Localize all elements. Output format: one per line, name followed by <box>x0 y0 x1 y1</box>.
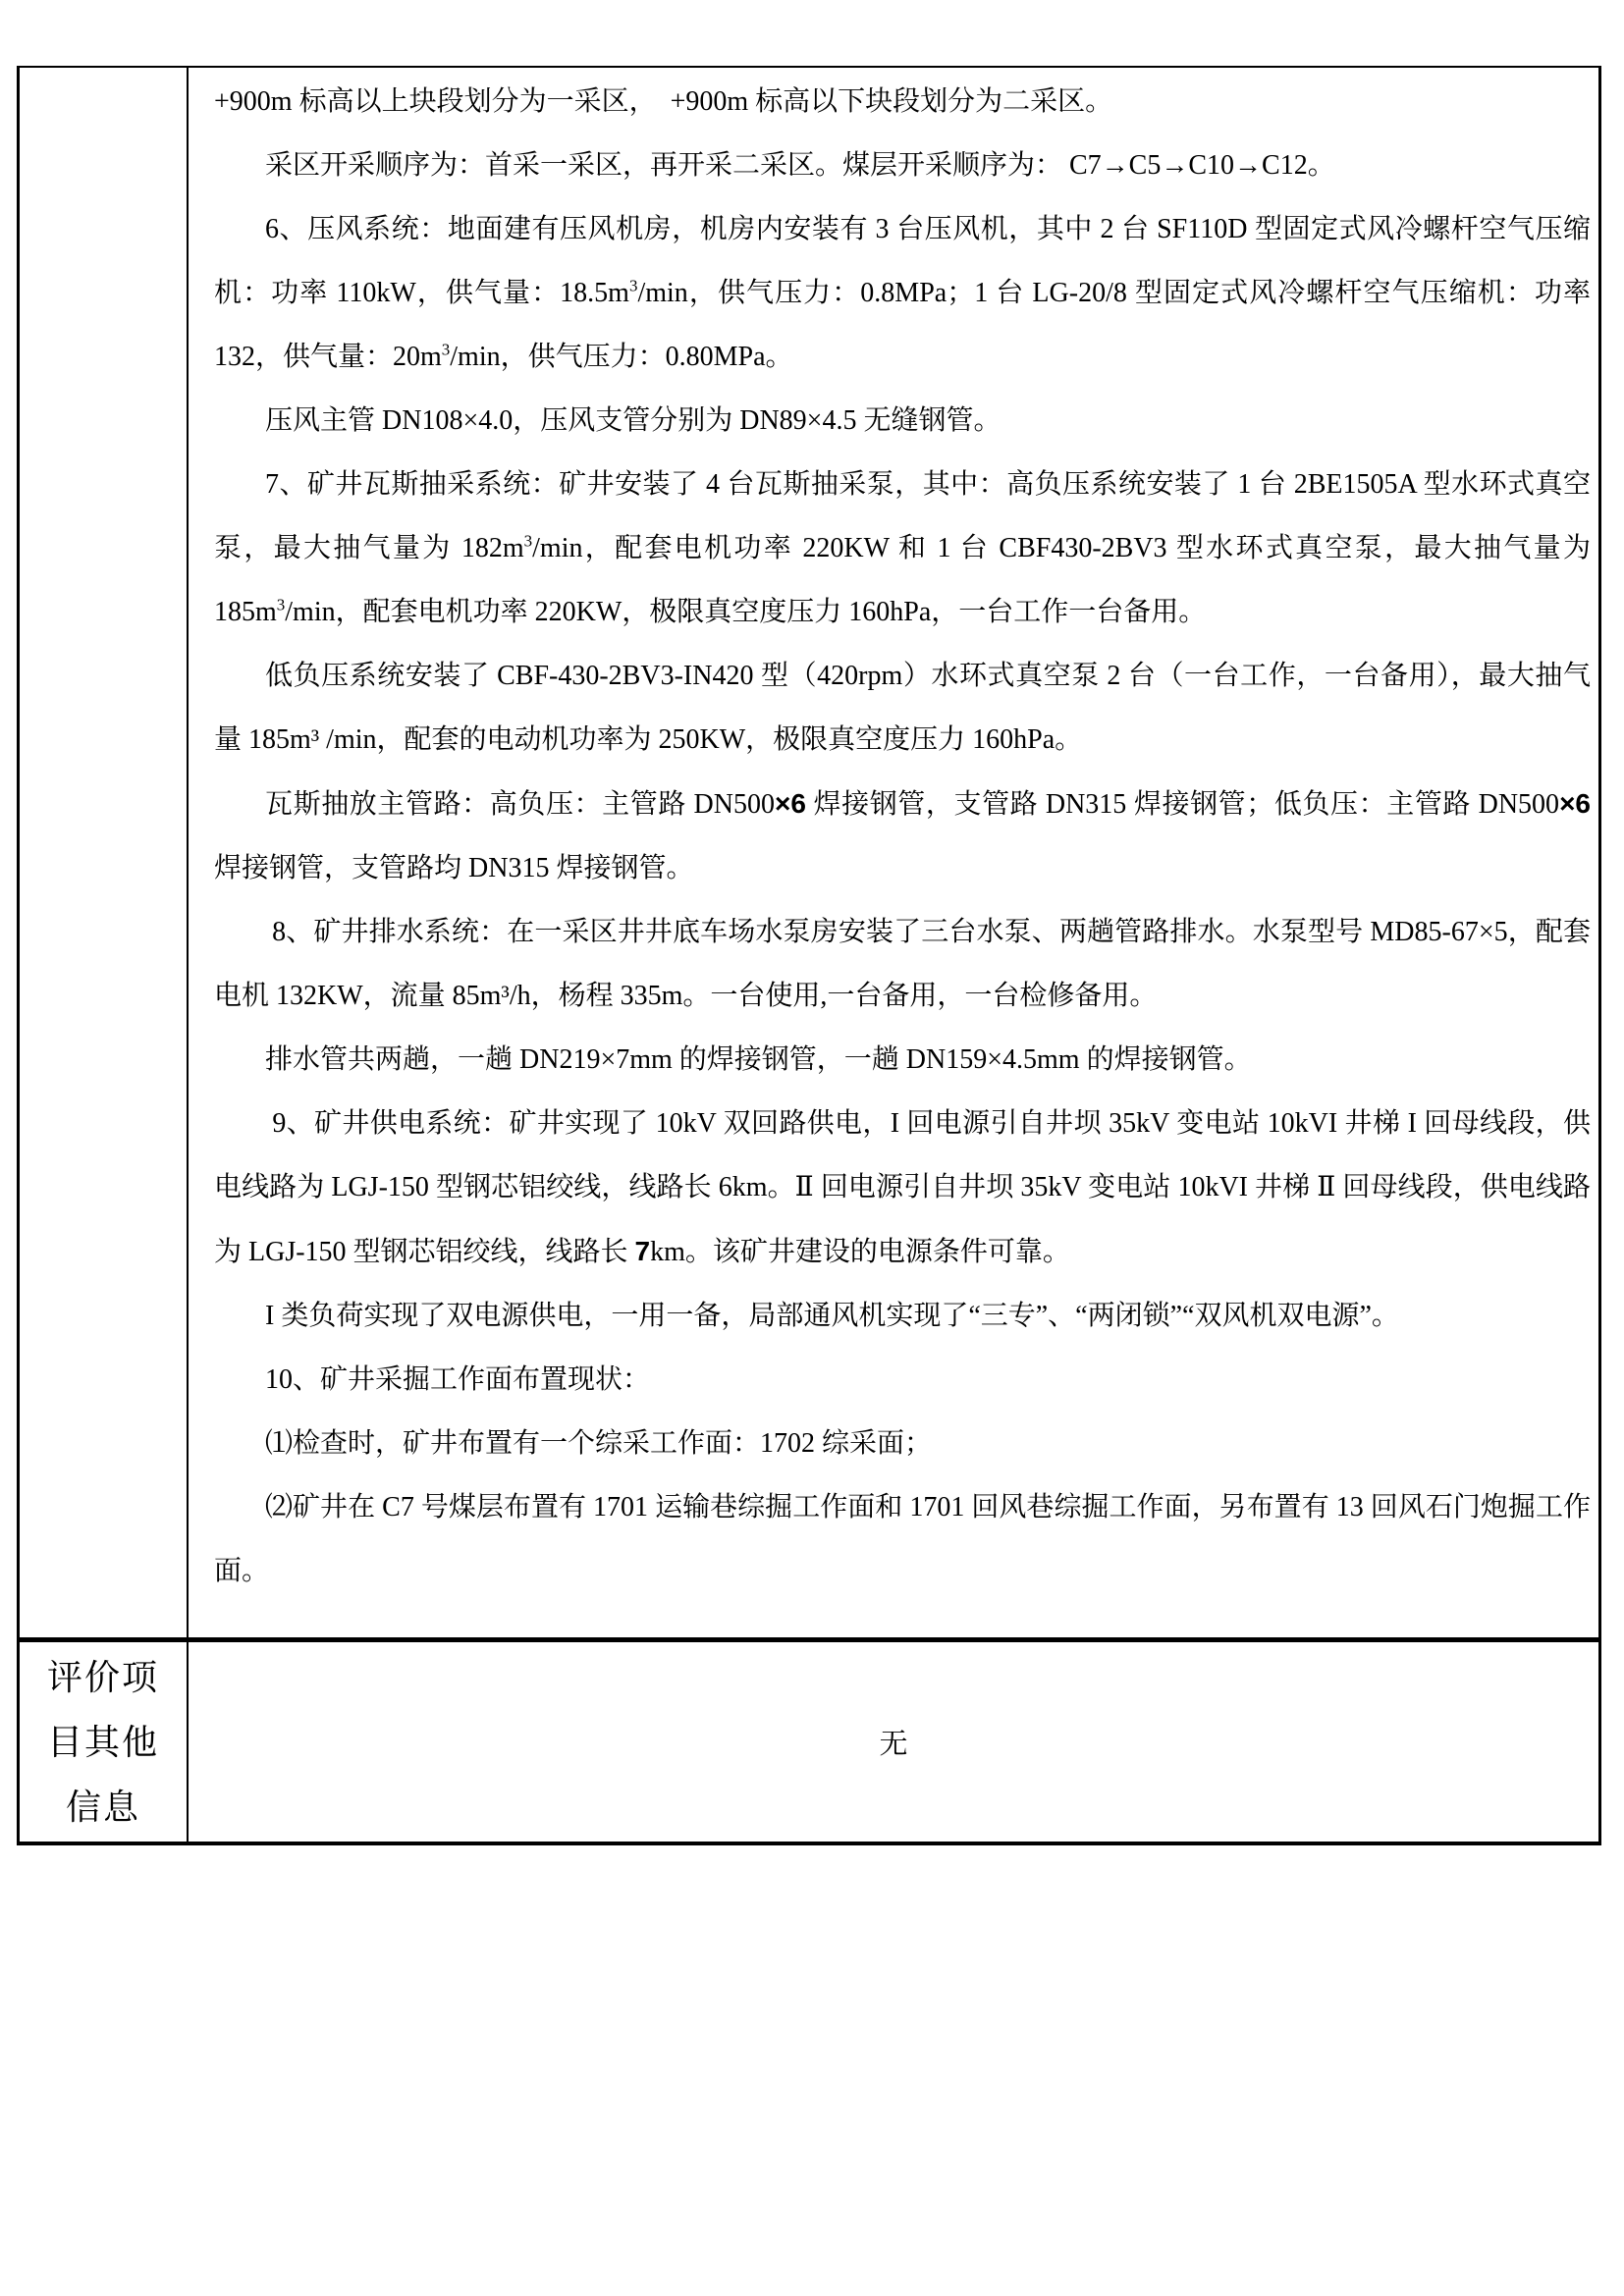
paragraph: 低负压系统安装了 CBF-430-2BV3-IN420 型（420rpm）水环式… <box>214 644 1591 772</box>
text-segment: 焊接钢管，支管路 DN315 焊接钢管；低负压：主管路 DN500 <box>806 789 1559 820</box>
bold-text: 7 <box>635 1236 651 1266</box>
left-column-empty-cell <box>20 68 189 1637</box>
text-segment: I 类负荷实现了双电源供电，一用一备，局部通风机实现了“三专”、“两闭锁”“双风… <box>265 1301 1399 1331</box>
superscript-text: 3 <box>442 341 451 359</box>
text-segment: 10、矿井采掘工作面布置现状： <box>265 1364 650 1395</box>
document-page: +900m 标高以上块段划分为一采区， +900m 标高以下块段划分为二采区。采… <box>0 0 1624 2296</box>
text-segment: /min，供气压力：0.80MPa。 <box>450 342 792 372</box>
footer-label-line: 信息 <box>66 1775 140 1840</box>
footer-label-cell: 评价项 目其他 信息 <box>20 1637 189 1842</box>
text-segment: /min，配套电机功率 220KW，极限真空度压力 160hPa，一台工作一台备… <box>285 597 1206 627</box>
document-table: +900m 标高以上块段划分为一采区， +900m 标高以下块段划分为二采区。采… <box>17 66 1601 1845</box>
bold-text: ×6 <box>1559 788 1591 819</box>
bold-text: ×6 <box>775 788 806 819</box>
paragraph: 采区开采顺序为：首采一采区，再开采二采区。煤层开采顺序为： C7→C5→C10→… <box>214 133 1591 197</box>
text-segment: 低负压系统安装了 CBF-430-2BV3-IN420 型（420rpm）水环式… <box>214 661 1591 755</box>
text-segment: ⑴检查时，矿井布置有一个综采工作面：1702 综采面； <box>265 1428 932 1459</box>
text-segment: +900m 标高以上块段划分为一采区， +900m 标高以下块段划分为二采区。 <box>214 86 1112 117</box>
body-text: +900m 标高以上块段划分为一采区， +900m 标高以下块段划分为二采区。采… <box>214 70 1591 1603</box>
paragraph: ⑵矿井在 C7 号煤层布置有 1701 运输巷综掘工作面和 1701 回风巷综掘… <box>214 1475 1591 1603</box>
footer-label-line: 评价项 <box>47 1645 159 1710</box>
text-segment: ⑵矿井在 C7 号煤层布置有 1701 运输巷综掘工作面和 1701 回风巷综掘… <box>214 1492 1591 1586</box>
text-segment: km。该矿井建设的电源条件可靠。 <box>650 1237 1070 1267</box>
paragraph: 排水管共两趟，一趟 DN219×7mm 的焊接钢管，一趟 DN159×4.5mm… <box>214 1028 1591 1092</box>
paragraph: I 类负荷实现了双电源供电，一用一备，局部通风机实现了“三专”、“两闭锁”“双风… <box>214 1284 1591 1348</box>
main-content-cell: +900m 标高以上块段划分为一采区， +900m 标高以下块段划分为二采区。采… <box>189 68 1598 1637</box>
superscript-text: 3 <box>277 596 286 614</box>
paragraph: 6、压风系统：地面建有压风机房，机房内安装有 3 台压风机，其中 2 台 SF1… <box>214 197 1591 389</box>
paragraph: 9、矿井供电系统：矿井实现了 10kV 双回路供电，I 回电源引自井坝 35kV… <box>214 1092 1591 1284</box>
footer-value-text: 无 <box>879 1722 907 1762</box>
paragraph: 瓦斯抽放主管路：高负压：主管路 DN500×6 焊接钢管，支管路 DN315 焊… <box>214 772 1591 900</box>
text-segment: 压风主管 DN108×4.0，压风支管分别为 DN89×4.5 无缝钢管。 <box>265 405 1001 436</box>
footer-value-cell: 无 <box>189 1637 1598 1842</box>
superscript-text: 3 <box>524 532 533 551</box>
paragraph: 8、矿井排水系统：在一采区井井底车场水泵房安装了三台水泵、两趟管路排水。水泵型号… <box>214 900 1591 1028</box>
paragraph: 压风主管 DN108×4.0，压风支管分别为 DN89×4.5 无缝钢管。 <box>214 389 1591 453</box>
paragraph: +900m 标高以上块段划分为一采区， +900m 标高以下块段划分为二采区。 <box>214 70 1591 133</box>
paragraph: ⑴检查时，矿井布置有一个综采工作面：1702 综采面； <box>214 1412 1591 1475</box>
text-segment: 采区开采顺序为：首采一采区，再开采二采区。煤层开采顺序为： C7→C5→C10→… <box>265 150 1335 181</box>
text-segment: 焊接钢管，支管路均 DN315 焊接钢管。 <box>214 853 693 883</box>
footer-label-line: 目其他 <box>47 1710 159 1775</box>
text-segment: 瓦斯抽放主管路：高负压：主管路 DN500 <box>265 789 775 820</box>
paragraph: 7、矿井瓦斯抽采系统：矿井安装了 4 台瓦斯抽采泵，其中：高负压系统安装了 1 … <box>214 453 1591 644</box>
text-segment: 8、矿井排水系统：在一采区井井底车场水泵房安装了三台水泵、两趟管路排水。水泵型号… <box>214 917 1591 1011</box>
paragraph: 10、矿井采掘工作面布置现状： <box>214 1348 1591 1412</box>
text-segment: 排水管共两趟，一趟 DN219×7mm 的焊接钢管，一趟 DN159×4.5mm… <box>265 1044 1252 1075</box>
